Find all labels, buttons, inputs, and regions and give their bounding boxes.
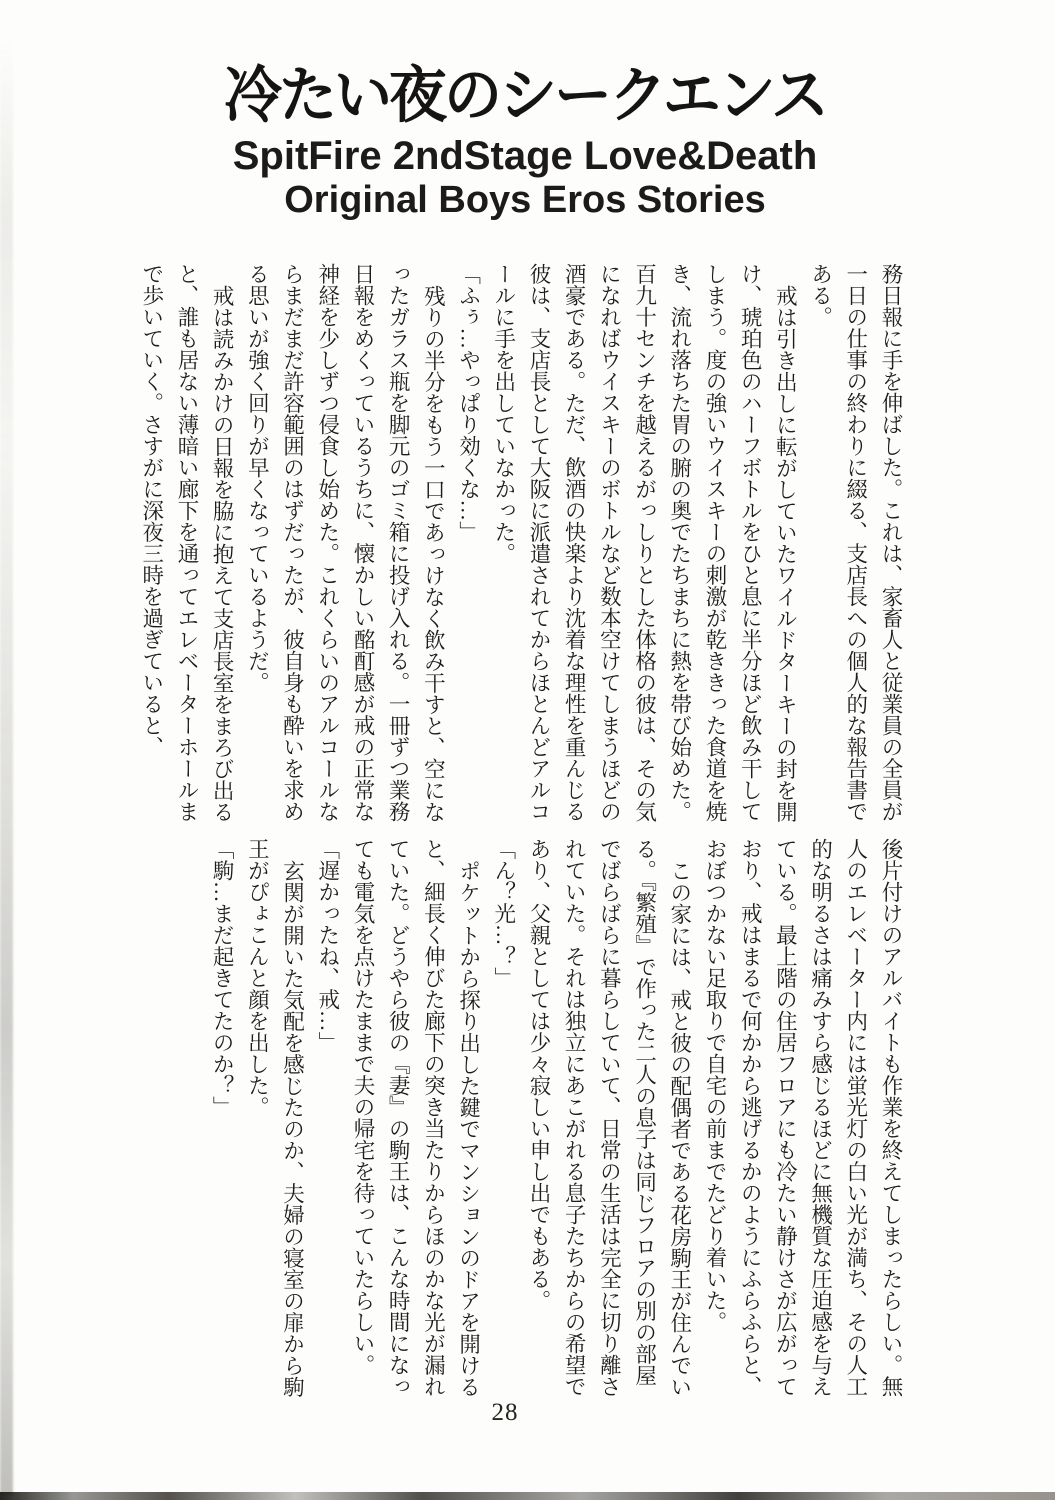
- paragraph: 「ん？光…？」: [486, 838, 521, 1402]
- paragraph: 「ふぅ…やっぱり効くな…」: [450, 263, 485, 823]
- paragraph: 戒は引き出しに転がしていたワイルドターキーの封を開け、琥珀色のハーフボトルをひと…: [486, 263, 803, 823]
- paragraph: 務日報に手を伸ばした。これは、家畜人と従業員の全員が一日の仕事の終わりに綴る、支…: [802, 263, 908, 823]
- page-number: 28: [450, 1399, 560, 1427]
- paragraph: この家には、戒と彼の配偶者である花房駒王が住んでいる。『繁殖』で作った二人の息子…: [521, 838, 697, 1402]
- paragraph: 残りの半分をもう一口であっけなく飲み干すと、空になったガラス瓶を脚元のゴミ箱に投…: [239, 263, 450, 823]
- doujinshi-text-page: 冷たい夜のシークエンス SpitFire 2ndStage Love&Death…: [0, 0, 1055, 1500]
- page-title: 冷たい夜のシークエンス: [10, 56, 1040, 136]
- paragraph: 「駒…まだ起きてたのか？」: [204, 838, 239, 1402]
- subtitle-series: Original Boys Eros Stories: [10, 179, 1040, 221]
- title-block: 冷たい夜のシークエンス SpitFire 2ndStage Love&Death…: [10, 58, 1040, 221]
- scan-artifact-left-edge: [0, 40, 13, 1495]
- paragraph: 戒は読みかけの日報を脇に抱えて支店長室をまろび出ると、誰も居ない薄暗い廊下を通っ…: [134, 263, 240, 823]
- body-text-lower-block: 後片付けのアルバイトも作業を終えてしまったらしい。無人のエレベーター内には蛍光灯…: [118, 838, 908, 1402]
- paragraph: 「遅かったね、戒…」: [310, 838, 345, 1402]
- subtitle-english: SpitFire 2ndStage Love&Death: [10, 134, 1040, 179]
- body-text-upper-block: 務日報に手を伸ばした。これは、家畜人と従業員の全員が一日の仕事の終わりに綴る、支…: [118, 263, 908, 823]
- scan-artifact-bottom-edge: [0, 1492, 1055, 1500]
- paragraph: 後片付けのアルバイトも作業を終えてしまったらしい。無人のエレベーター内には蛍光灯…: [697, 838, 908, 1402]
- paragraph: ポケットから探り出した鍵でマンションのドアを開けると、細長く伸びた廊下の突き当た…: [345, 838, 486, 1402]
- paragraph: 玄関が開いた気配を感じたのか、夫婦の寝室の扉から駒王がぴょこんと顔を出した。: [239, 838, 309, 1402]
